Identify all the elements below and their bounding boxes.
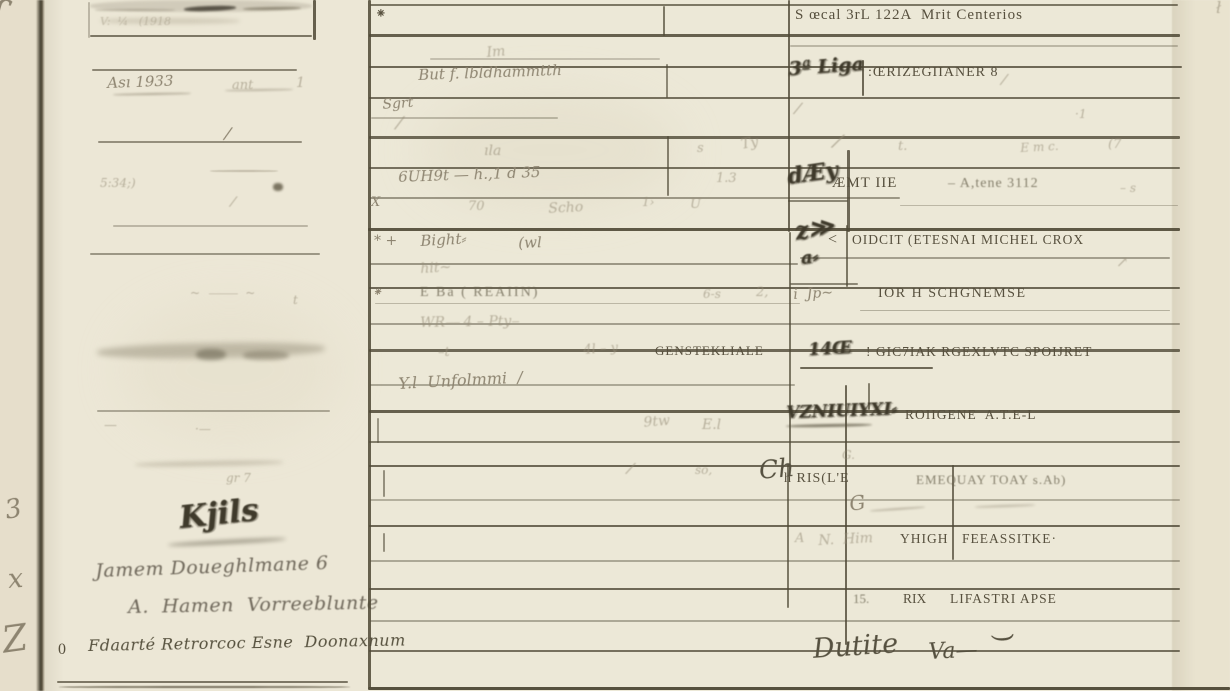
rule-horizontal [800,367,933,369]
rule-horizontal [368,228,1180,231]
pencil-annotation: E.l [702,418,721,432]
handwritten-entry: Va— [928,639,978,664]
rule-horizontal [369,34,1180,37]
rule-horizontal [97,410,330,412]
rule-vertical [846,225,848,287]
pencil-annotation: ~ ⸻ ~ [190,287,255,299]
rule-horizontal [369,588,1180,590]
printed-entry: OIDCIT (ETESNAI MICHEL CROX [852,233,1084,247]
pencil-annotation: gr 7 [226,472,251,484]
printed-entry: h RIS(L'E [784,472,850,486]
pencil-annotation: 5:34;) [100,177,136,189]
ink-smudge [95,9,175,11]
printed-entry: ! GIC7IAK RGEXLVTC SPOIJRET [866,345,1092,359]
pencil-annotation: Ası 1933 [107,74,174,91]
pencil-annotation: * + [374,234,397,248]
pencil-annotation: – s [1120,182,1136,194]
ink-smudge [243,351,289,360]
ink-smudge [210,170,278,172]
rule-horizontal [368,687,1230,690]
rule-horizontal [369,650,1180,652]
pencil-annotation: ant [232,79,253,92]
printed-entry: EMEQUAY TOAY s.Ab) [916,473,1066,486]
rule-horizontal [369,410,1180,413]
pencil-annotation: (7 [1108,138,1121,151]
pencil-annotation: Im [486,44,506,60]
rule-vertical [663,6,665,36]
pencil-annotation: so, [695,464,712,476]
pencil-annotation: ⁕ [372,286,382,298]
pencil-annotation: 2, [756,286,768,299]
pencil-annotation: Bight⸗ [420,232,467,249]
pencil-annotation: –t [438,346,450,359]
pencil-annotation: ıla [484,144,501,158]
pencil-annotation: G. [842,449,855,461]
ink-scribble: Kjils [178,495,260,534]
pencil-annotation: 9tw [643,414,671,430]
printed-entry: IOR H SCHGNEMSE [878,287,1027,301]
rule-horizontal [900,205,1178,206]
pencil-annotation: 1.3 [716,172,737,185]
rule-vertical [667,136,669,196]
pencil-annotation: hit~ [420,260,452,276]
pencil-annotation: 1 [296,76,305,90]
pencil-annotation: ↗ [1116,255,1129,270]
rule-vertical [383,533,385,552]
printed-entry: LIFASTRI APSE [950,592,1057,606]
scanned-ledger-page: V: ¼ (1918Ası 1933ant1/5:34;)/~ ⸻ ~t—·—g… [0,0,1230,691]
pencil-annotation: i Jp~ [793,286,833,302]
pencil-annotation: — [104,419,117,432]
binding-fold-line [36,0,46,691]
rule-vertical [847,150,850,232]
ink-scribble: a⸗ [800,248,819,268]
rule-horizontal [369,525,1180,527]
margin-mark: Z [0,621,30,660]
rule-horizontal [800,257,1170,259]
rule-horizontal [788,200,848,202]
pencil-annotation: WR⎯⎯ 4 – Pty⎯ [420,314,518,330]
pencil-annotation: X [371,196,380,209]
pencil-annotation: Scho [548,200,584,216]
rule-vertical [88,2,90,38]
pencil-annotation: U [690,198,701,211]
ink-smudge [59,686,350,688]
printed-entry: FEEASSITKE· [962,532,1057,546]
ink-scribble: 3ª Liga [788,55,864,79]
pencil-annotation: N. Him [818,531,873,548]
pencil-annotation: t. [898,140,907,153]
rule-horizontal [790,45,1178,47]
pencil-annotation: t [293,294,298,306]
rule-horizontal [369,136,1180,139]
rule-horizontal [375,303,800,304]
printed-entry: E Ba ( REAIIN) [420,286,539,300]
rule-horizontal [90,253,320,255]
printed-entry: :ŒRIZEGIIANER 8 [868,66,999,80]
margin-mark: x [7,565,24,593]
pencil-annotation: 1› [642,196,654,208]
pencil-annotation: V: ¼ (1918 [100,16,171,27]
pencil-annotation: E m c. [1020,140,1059,154]
rule-horizontal [113,225,308,227]
pencil-annotation: s [697,142,704,155]
rule-horizontal [90,35,312,37]
rule-vertical [383,470,385,497]
rule-horizontal [370,499,1180,501]
pencil-annotation: 70 [468,200,485,213]
printed-entry: YHIGH [900,532,949,546]
printed-entry: RIX [903,592,926,606]
rule-vertical [666,64,668,98]
rule-vertical [313,0,316,40]
printed-entry: ÆMT IIE [832,176,897,191]
rule-vertical [377,418,379,443]
printed-entry: 15. [853,592,869,605]
printed-entry: < [828,232,837,248]
rule-horizontal [370,560,1180,562]
rule-vertical [787,465,789,608]
rule-vertical [788,0,790,232]
printed-entry: S œcal 3rL 122A Mrit Centerios [795,8,1023,23]
pencil-annotation: (wl [518,235,542,251]
printed-entry: ⁕ [375,8,387,22]
pencil-annotation: G [848,492,867,514]
pencil-annotation: Sgrt [382,96,414,112]
ink-scribble: 14Œ [808,340,853,359]
pencil-annotation: ·1 [1075,108,1086,120]
printed-entry: ROIIGENE A.T.E-L [905,408,1036,422]
rule-horizontal [370,620,1180,622]
page-right-edge [1172,0,1230,691]
pencil-annotation: Ty [740,135,759,152]
handwritten-entry: Dutite [812,630,899,663]
printed-entry: – A,tene 3112 [948,177,1039,191]
printed-entry: GENSTEKLIALE [655,344,764,357]
ink-smudge [196,349,226,360]
rule-horizontal [370,4,1178,6]
pencil-annotation: ·— [195,423,211,435]
pencil-annotation: ł [1216,0,1221,16]
pencil-annotation: A [795,532,804,545]
rule-horizontal [98,141,302,143]
rule-horizontal [430,58,660,60]
rule-horizontal [860,310,1170,311]
paper-aging-spot [120,300,340,440]
pencil-annotation: 6-s [703,288,721,300]
printed-entry: 0 [58,642,66,658]
rule-vertical [368,0,371,688]
rule-horizontal [369,441,1180,443]
rule-horizontal [92,69,297,71]
ink-smudge [273,183,283,191]
ink-scribble: VZNIUIYXI⸗ [786,401,897,422]
rule-vertical [789,232,791,465]
rule-horizontal [57,681,348,683]
signature-line: A. Hamen Vorreeblunte [128,594,379,617]
pencil-annotation: 4l – y [583,342,618,357]
rule-horizontal [369,97,1180,99]
paper-aging-spot [420,90,680,210]
rule-horizontal [370,197,900,199]
